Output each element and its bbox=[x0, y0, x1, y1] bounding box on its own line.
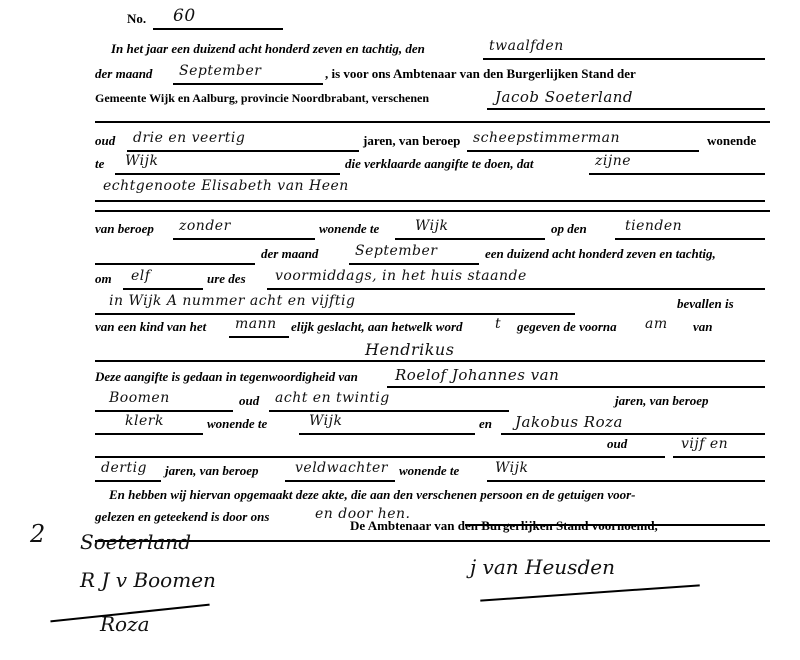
line-year: In het jaar een duizend acht honderd zev… bbox=[95, 38, 770, 60]
printed-text: jaren, van beroep bbox=[615, 393, 709, 409]
handwritten-mother-name: echtgenoote Elisabeth van Heen bbox=[103, 178, 349, 194]
printed-text: die verklaarde aangifte te doen, dat bbox=[345, 156, 533, 172]
underline bbox=[487, 108, 765, 110]
printed-text: En hebben wij hiervan opgemaakt deze akt… bbox=[109, 487, 635, 503]
line-closing-a: En hebben wij hiervan opgemaakt deze akt… bbox=[95, 484, 770, 506]
underline bbox=[349, 263, 479, 265]
underline bbox=[467, 150, 699, 152]
printed-text: jaren, van beroep bbox=[165, 463, 259, 479]
printed-text: Deze aangifte is gedaan in tegenwoordigh… bbox=[95, 369, 358, 385]
printed-text: van bbox=[693, 319, 713, 335]
handwritten-birth-day: tienden bbox=[625, 218, 682, 234]
handwritten-age: drie en veertig bbox=[133, 130, 245, 146]
signature-witness2: Roza bbox=[100, 612, 150, 636]
line-month: der maand September , is voor ons Ambten… bbox=[95, 63, 770, 85]
handwritten-sex: mann bbox=[235, 316, 277, 332]
line-residence: te Wijk die verklaarde aangifte te doen,… bbox=[95, 153, 770, 175]
handwritten-child-name: Hendrikus bbox=[365, 340, 454, 359]
record-number: 60 bbox=[173, 6, 196, 26]
printed-text: bevallen is bbox=[677, 296, 734, 312]
line-birth-time: om elf ure des voormiddags, in het huis … bbox=[95, 268, 770, 290]
line-witnesses: Deze aangifte is gedaan in tegenwoordigh… bbox=[95, 366, 770, 388]
underline bbox=[673, 456, 765, 458]
underline bbox=[95, 360, 765, 362]
underline bbox=[95, 480, 161, 482]
printed-text: van een kind van het bbox=[95, 319, 206, 335]
underline bbox=[95, 433, 203, 435]
printed-text: gelezen en geteekend is door ons bbox=[95, 509, 269, 525]
printed-text: elijk geslacht, aan hetwelk word bbox=[291, 319, 463, 335]
underline bbox=[501, 433, 765, 435]
underline bbox=[95, 313, 575, 315]
underline bbox=[115, 173, 340, 175]
underline bbox=[153, 28, 283, 30]
line-age-occupation: oud drie en veertig jaren, van beroep sc… bbox=[95, 130, 770, 152]
handwritten-occupation: scheepstimmerman bbox=[473, 130, 620, 146]
divider bbox=[95, 210, 770, 212]
handwritten-hour: elf bbox=[131, 268, 150, 284]
handwritten-place: voormiddags, in het huis staande bbox=[275, 268, 527, 284]
printed-text: op den bbox=[551, 221, 587, 237]
printed-text: wonende te bbox=[207, 416, 267, 432]
underline bbox=[229, 336, 289, 338]
printed-text: wonende bbox=[707, 133, 756, 149]
line-witness2-occupation: dertig jaren, van beroep veldwachter won… bbox=[95, 460, 770, 482]
printed-text: een duizend acht honderd zeven en tachti… bbox=[485, 246, 716, 262]
line-birth-month: der maand September een duizend acht hon… bbox=[95, 243, 770, 265]
handwritten-month: September bbox=[179, 63, 261, 79]
handwritten-residence: Wijk bbox=[125, 153, 158, 169]
printed-text: ure des bbox=[207, 271, 246, 287]
handwritten-witness1-surname: Boomen bbox=[109, 390, 170, 406]
divider bbox=[95, 121, 770, 123]
printed-text: In het jaar een duizend acht honderd zev… bbox=[111, 41, 425, 57]
handwritten-address: in Wijk A nummer acht en vijftig bbox=[109, 293, 355, 309]
line-mother: echtgenoote Elisabeth van Heen bbox=[95, 178, 770, 200]
handwritten-day: twaalfden bbox=[489, 38, 564, 54]
underline bbox=[95, 263, 255, 265]
underline bbox=[267, 288, 765, 290]
underline bbox=[95, 456, 665, 458]
handwritten-declarant-name: Jacob Soeterland bbox=[495, 88, 633, 106]
number-label: No. bbox=[127, 11, 146, 27]
handwritten-birth-month: September bbox=[355, 243, 437, 259]
handwritten-residence: Wijk bbox=[415, 218, 448, 234]
signature-flourish bbox=[480, 584, 700, 601]
handwritten-witness1-age: acht en twintig bbox=[275, 390, 390, 406]
printed-text: der maand bbox=[95, 66, 152, 82]
printed-text: oud bbox=[607, 436, 627, 452]
printed-text: wonende te bbox=[399, 463, 459, 479]
handwritten-text: am bbox=[645, 316, 668, 332]
line-address: in Wijk A nummer acht en vijftig bevalle… bbox=[95, 293, 770, 315]
handwritten-witness1-name: Roelof Johannes van bbox=[395, 366, 559, 384]
handwritten-witness2-name: Jakobus Roza bbox=[515, 413, 623, 431]
printed-text: en bbox=[479, 416, 492, 432]
handwritten-text: t bbox=[495, 316, 501, 332]
underline bbox=[589, 173, 765, 175]
printed-text: der maand bbox=[261, 246, 318, 262]
underline bbox=[487, 480, 765, 482]
handwritten-witness2-age: vijf en bbox=[681, 436, 728, 452]
underline bbox=[387, 386, 765, 388]
handwritten-witness1-occupation: klerk bbox=[125, 413, 164, 429]
line-mother-occupation: van beroep zonder wonende te Wijk op den… bbox=[95, 218, 770, 240]
underline bbox=[95, 200, 765, 202]
printed-text: om bbox=[95, 271, 112, 287]
underline bbox=[95, 410, 233, 412]
printed-text: oud bbox=[239, 393, 259, 409]
signature-witness1: R J v Boomen bbox=[80, 568, 216, 592]
line-declarant: Gemeente Wijk en Aalburg, provincie Noor… bbox=[95, 88, 770, 110]
underline bbox=[483, 58, 765, 60]
signature-declarant: Soeterland bbox=[80, 530, 191, 554]
line-child-name: Hendrikus bbox=[95, 340, 770, 362]
printed-text: van beroep bbox=[95, 221, 154, 237]
line-witness1-age: Boomen oud acht en twintig jaren, van be… bbox=[95, 390, 770, 412]
underline bbox=[615, 238, 765, 240]
line-child-sex: van een kind van het mann elijk geslacht… bbox=[95, 316, 770, 338]
printed-text: jaren, van beroep bbox=[363, 133, 460, 149]
underline bbox=[173, 238, 315, 240]
handwritten-text: zijne bbox=[595, 153, 631, 169]
underline bbox=[395, 238, 545, 240]
margin-mark: 2 bbox=[30, 520, 45, 548]
printed-text: , is voor ons Ambtenaar van den Burgerli… bbox=[325, 66, 636, 82]
divider bbox=[95, 540, 770, 542]
printed-text: gegeven de voorna bbox=[517, 319, 617, 335]
line-witness1-occupation: klerk wonende te Wijk en Jakobus Roza bbox=[95, 413, 770, 435]
handwritten-witness1-residence: Wijk bbox=[309, 413, 342, 429]
underline bbox=[285, 480, 395, 482]
underline bbox=[127, 150, 359, 152]
signature-official: j van Heusden bbox=[470, 555, 615, 579]
underline bbox=[269, 410, 509, 412]
underline bbox=[123, 288, 203, 290]
underline bbox=[173, 83, 323, 85]
underline bbox=[299, 433, 475, 435]
handwritten-witness2-residence: Wijk bbox=[495, 460, 528, 476]
handwritten-witness2-occupation: veldwachter bbox=[295, 460, 388, 476]
official-closing-label: De Ambtenaar van den Burgerlijken Stand … bbox=[350, 518, 658, 534]
handwritten-witness2-age-b: dertig bbox=[101, 460, 147, 476]
printed-text: Gemeente Wijk en Aalburg, provincie Noor… bbox=[95, 91, 429, 106]
record-number-line: No. 60 bbox=[95, 8, 770, 30]
printed-text: wonende te bbox=[319, 221, 379, 237]
handwritten-occupation: zonder bbox=[179, 218, 231, 234]
printed-text: te bbox=[95, 156, 104, 172]
printed-text: oud bbox=[95, 133, 115, 149]
line-witness2-age-a: oud vijf en bbox=[95, 436, 770, 458]
